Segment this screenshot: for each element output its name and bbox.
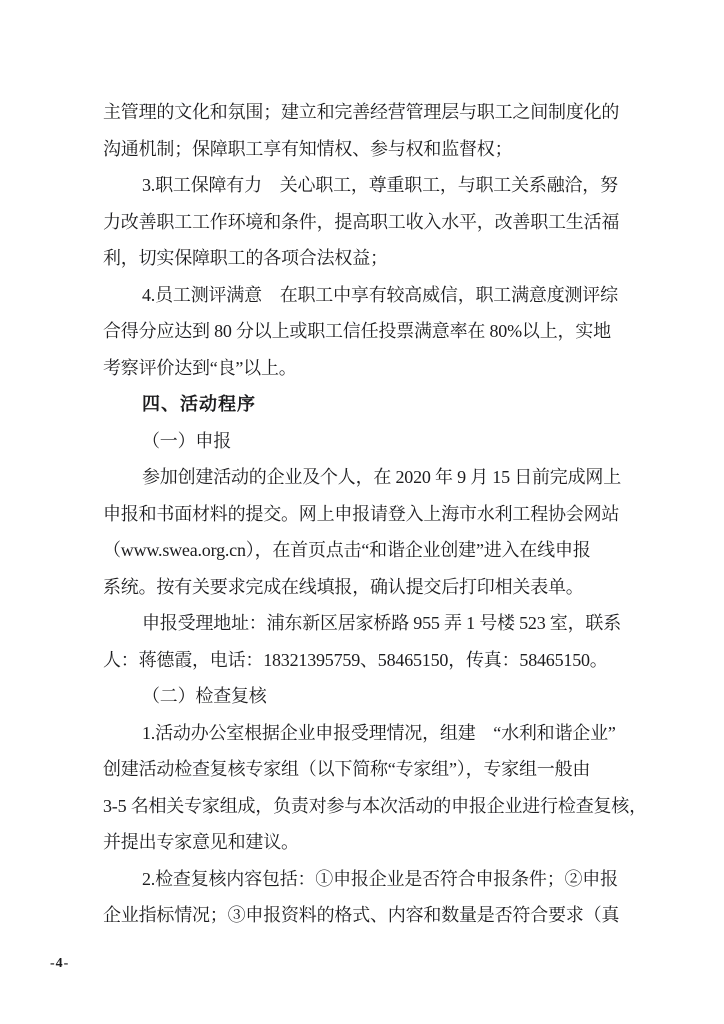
text-line: 申报和书面材料的提交。网上申报请登入上海市水利工程协会网站 (103, 496, 663, 533)
subsection-heading: （一）申报 (103, 423, 663, 460)
heading-section-4: 四、活动程序 (103, 386, 663, 423)
text-line: 主管理的文化和氛围；建立和完善经营管理层与职工之间制度化的 (103, 94, 663, 131)
text-line: 参加创建活动的企业及个人，在 2020 年 9 月 15 日前完成网上 (103, 459, 663, 496)
text-line: 系统。按有关要求完成在线填报，确认提交后打印相关表单。 (103, 569, 663, 606)
text-line: 2.检查复核内容包括：①申报企业是否符合申报条件；②申报 (103, 861, 663, 898)
text-line: 4.员工测评满意 在职工中享有较高威信，职工满意度测评综 (103, 277, 663, 314)
text-line: 沟通机制；保障职工享有知情权、参与权和监督权； (103, 131, 663, 168)
document-page: 主管理的文化和氛围；建立和完善经营管理层与职工之间制度化的 沟通机制；保障职工享… (0, 0, 724, 1024)
text-line: 力改善职工工作环境和条件，提高职工收入水平，改善职工生活福 (103, 204, 663, 241)
text-line: 企业指标情况；③申报资料的格式、内容和数量是否符合要求（真 (103, 897, 663, 934)
page-number: -4- (50, 956, 69, 972)
document-body: 主管理的文化和氛围；建立和完善经营管理层与职工之间制度化的 沟通机制；保障职工享… (103, 94, 663, 934)
subsection-heading: （二）检查复核 (103, 678, 663, 715)
text-line: 申报受理地址：浦东新区居家桥路 955 弄 1 号楼 523 室，联系 (103, 605, 663, 642)
text-line: 1.活动办公室根据企业申报受理情况，组建 “水利和谐企业” (103, 715, 663, 752)
text-line: 并提出专家意见和建议。 (103, 824, 663, 861)
text-line: （www.swea.org.cn），在首页点击“和谐企业创建”进入在线申报 (103, 532, 663, 569)
text-line: 人：蒋德霞，电话：18321395759、58465150，传真：5846515… (103, 642, 663, 679)
text-line: 考察评价达到“良”以上。 (103, 350, 663, 387)
text-line: 3-5 名相关专家组成，负责对参与本次活动的申报企业进行检查复核， (103, 788, 663, 825)
text-line: 创建活动检查复核专家组（以下简称“专家组”），专家组一般由 (103, 751, 663, 788)
text-line: 合得分应达到 80 分以上或职工信任投票满意率在 80%以上，实地 (103, 313, 663, 350)
text-line: 3.职工保障有力 关心职工，尊重职工，与职工关系融洽，努 (103, 167, 663, 204)
text-line: 利，切实保障职工的各项合法权益； (103, 240, 663, 277)
